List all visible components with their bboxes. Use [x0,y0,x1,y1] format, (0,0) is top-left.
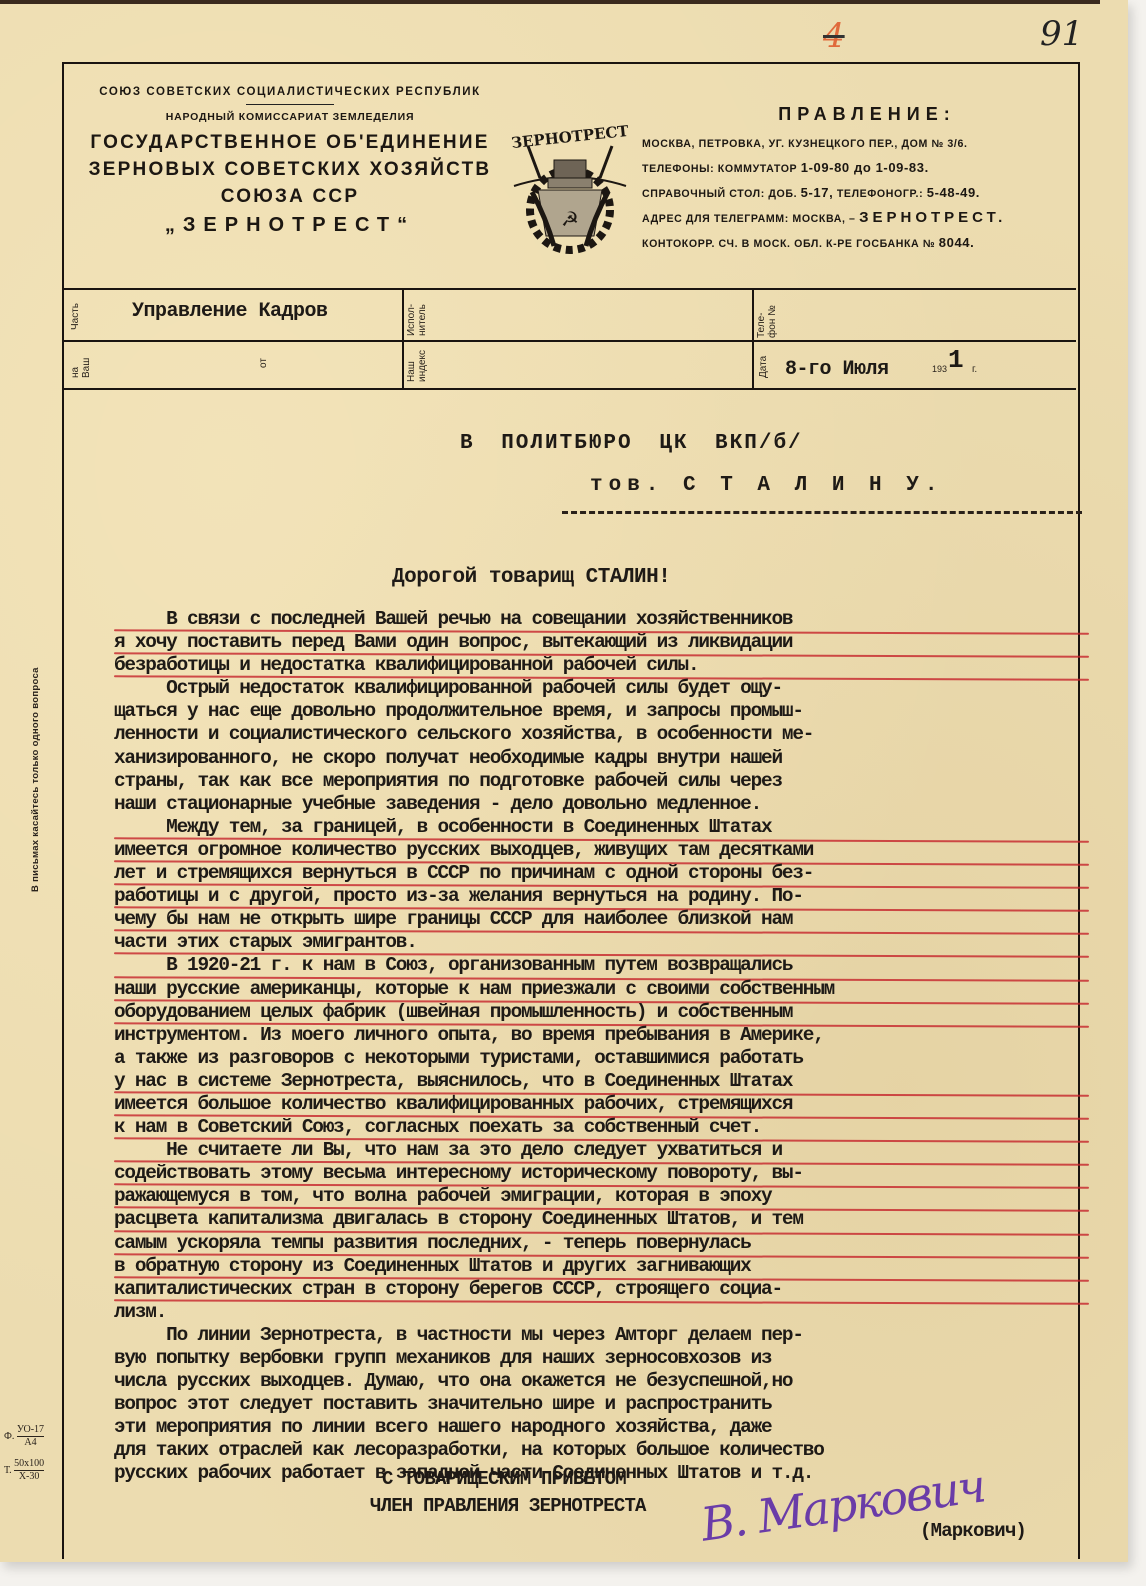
letter-line: содействовать этому весьма интересному и… [114,1162,1089,1185]
letter-line: вую попытку вербовки групп механиков для… [114,1347,1089,1370]
label-part: Часть [70,303,81,330]
label-your-ref: на Ваш [70,358,92,378]
org-line-3: СОЮЗА ССР [70,183,510,210]
letter-line: ханизированного, не скоро получат необхо… [114,747,1089,770]
label-executor: Испол- нитель [406,304,428,336]
letter-line: наши русские американцы, которые к нам п… [114,978,1089,1001]
letterhead-left: СОЮЗ СОВЕТСКИХ СОЦИАЛИСТИЧЕСКИХ РЕСПУБЛИ… [70,86,510,240]
board-title: ПРАВЛЕНИЕ: [662,104,1072,125]
letter-line: Не считаете ли Вы, что нам за это дело с… [114,1139,1089,1162]
telegram-line: АДРЕС ДЛЯ ТЕЛЕГРАММ: МОСКВА, – ЗЕРНОТРЕС… [642,206,1072,231]
signatory-name: (Маркович) [920,1520,1026,1542]
phones-label: ТЕЛЕФОНЫ: КОММУТАТОР [642,163,797,175]
letter-line: у нас в системе Зернотреста, выяснилось,… [114,1070,1089,1093]
year-prefix: 193 [932,364,947,374]
address-line: МОСКВА, ПЕТРОВКА, УГ. КУЗНЕЦКОГО ПЕР., Д… [642,133,1072,156]
form-code-f-top: УО-17 [17,1424,44,1437]
letter-line: лет и стремящихся вернуться в СССР по пр… [114,862,1089,885]
phones-line: ТЕЛЕФОНЫ: КОММУТАТОР 1-09-80 до 1-09-83. [642,156,1072,181]
letter-line: Между тем, за границей, в особенности в … [114,816,1089,839]
letter-line: чему бы нам не открыть шире границы СССР… [114,908,1089,931]
form-code-f-fraction: УО-17 А4 [17,1424,44,1449]
telegram-label: АДРЕС ДЛЯ ТЕЛЕГРАММ: МОСКВА, – [642,213,856,225]
margin-instruction: В письмах касайтесь только одного вопрос… [30,667,41,892]
letterhead-right: ПРАВЛЕНИЕ: МОСКВА, ПЕТРОВКА, УГ. КУЗНЕЦК… [642,104,1072,256]
letter-line: лизм. [114,1301,1089,1324]
commissariat-line: НАРОДНЫЙ КОМИССАРИАТ ЗЕМЛЕДЕЛИЯ [70,111,510,123]
zernotrest-emblem-icon: ЗЕРНОТРЕСТ ☭ [510,118,630,256]
org-name: „ЗЕРНОТРЕСТ“ [70,210,510,240]
letter-line: оборудованием целых фабрик (швейная пром… [114,1001,1089,1024]
closing-greeting: С ТОВАРИЩЕСКИМ ПРИВЕТОМ [370,1466,646,1493]
letter-line: инструментом. Из моего личного опыта, во… [114,1024,1089,1047]
date-value: 8-го Июля [785,358,889,381]
addressee-line-2: тов. С Т А Л И Н У. [590,474,943,497]
salutation: Дорогой товарищ СТАЛИН! [392,566,670,589]
account-value: 8044. [939,235,975,250]
column-divider [752,342,754,388]
document-page: 4 91 СОЮЗ СОВЕТСКИХ СОЦИАЛИСТИЧЕСКИХ РЕС… [0,0,1128,1562]
form-code-t-top: 50x100 [14,1458,44,1471]
letter-line: части этих старых эмигрантов. [114,931,1089,954]
phones-value: 1-09-80 до 1-09-83. [801,160,929,175]
label-our-index: Наш индекс [406,350,428,382]
letter-line: вопрос этот следует поставить значительн… [114,1393,1089,1416]
letter-line: для таких отраслей как лесоразработки, н… [114,1439,1089,1462]
column-divider [402,290,404,342]
closing-block: С ТОВАРИЩЕСКИМ ПРИВЕТОМ ЧЛЕН ПРАВЛЕНИЯ З… [370,1466,646,1520]
form-code-t-prefix: Т. [4,1465,12,1476]
letter-line: ражающемуся в том, что волна рабочей эми… [114,1185,1089,1208]
letter-line: По линии Зернотреста, в частности мы чер… [114,1324,1089,1347]
letter-body: В связи с последней Вашей речью на совещ… [114,608,1089,1486]
info-label: СПРАВОЧНЫЙ СТОЛ: ДОБ. [642,188,797,200]
letter-line: к нам в Советский Союз, согласных поехат… [114,1116,1089,1139]
archive-page-number: 91 [1040,14,1083,54]
account-label: КОНТОКОРР. СЧ. В МОСК. ОБЛ. К-РЕ ГОСБАНК… [642,238,935,250]
info-ext: 5-17, [801,185,834,200]
org-line-1: ГОСУДАРСТВЕННОЕ ОБ'ЕДИНЕНИЕ [70,129,510,156]
label-date: Дата [758,356,769,378]
archive-red-number: 4 [823,16,845,56]
letter-line: имеется огромное количество русских выхо… [114,839,1089,862]
letter-line: ленности и социалистического сельского х… [114,723,1089,746]
column-divider [402,342,404,388]
form-code-t: Т. 50x100 X-30 [4,1458,44,1483]
column-divider [752,290,754,342]
form-row-2: на Ваш от Наш индекс Дата 8-го Июля 193 … [62,340,1076,390]
form-code-f: Ф. УО-17 А4 [4,1424,44,1449]
letter-line: наши стационарные учебные заведения - де… [114,793,1089,816]
info-desk-line: СПРАВОЧНЫЙ СТОЛ: ДОБ. 5-17, ТЕЛЕФОНОГР.:… [642,181,1072,206]
form-code-f-bottom: А4 [17,1437,44,1449]
letter-line: в обратную сторону из Соединенных Штатов… [114,1255,1089,1278]
letter-line: В связи с последней Вашей речью на совещ… [114,608,1089,631]
letter-line: щаться у нас еще довольно продолжительно… [114,700,1089,723]
letter-line: имеется большое количество квалифицирова… [114,1093,1089,1116]
addressee-underline [562,511,1082,514]
telegram-value: ЗЕРНОТРЕСТ. [859,209,1006,226]
label-from: от [258,358,269,368]
page-top-edge [0,0,1100,4]
letter-line: я хочу поставить перед Вами один вопрос,… [114,631,1089,654]
letter-line: страны, так как все мероприятия по подго… [114,770,1089,793]
letter-line: числа русских выходцев. Думаю, что она о… [114,1370,1089,1393]
year-digit: 1 [948,345,964,375]
form-row-1: Часть Управление Кадров Испол- нитель Те… [62,288,1076,342]
letter-line: капиталистических стран в сторону берего… [114,1278,1089,1301]
letter-line: безработицы и недостатка квалифицированн… [114,654,1089,677]
letter-line: самым ускоряла темпы развития последних,… [114,1232,1089,1255]
letter-line: расцвета капитализма двигалась в сторону… [114,1208,1089,1231]
letter-line: работицы и с другой, просто из-за желани… [114,885,1089,908]
year-suffix: г. [972,364,977,375]
telephonogram-label: ТЕЛЕФОНОГР.: [837,188,923,200]
org-line-2: ЗЕРНОВЫХ СОВЕТСКИХ ХОЗЯЙСТВ [70,156,510,183]
form-code-t-fraction: 50x100 X-30 [14,1458,44,1483]
letter-line: а также из разговоров с некоторыми турис… [114,1047,1089,1070]
account-line: КОНТОКОРР. СЧ. В МОСК. ОБЛ. К-РЕ ГОСБАНК… [642,231,1072,256]
closing-title: ЧЛЕН ПРАВЛЕНИЯ ЗЕРНОТРЕСТА [370,1493,646,1520]
svg-text:☭: ☭ [561,209,579,231]
addressee-line-1: В ПОЛИТБЮРО ЦК ВКП/б/ [460,432,803,455]
letter-line: В 1920-21 г. к нам в Союз, организованны… [114,954,1089,977]
letter-line: Острый недостаток квалифицированной рабо… [114,677,1089,700]
part-value: Управление Кадров [132,300,328,323]
divider [246,104,334,105]
form-code-t-bottom: X-30 [14,1471,44,1483]
ussr-line: СОЮЗ СОВЕТСКИХ СОЦИАЛИСТИЧЕСКИХ РЕСПУБЛИ… [70,86,510,98]
label-phone: Теле- фон № [756,305,778,338]
telephonogram-value: 5-48-49. [927,185,980,200]
letter-line: эти мероприятия по линии всего нашего на… [114,1416,1089,1439]
form-code-f-prefix: Ф. [4,1431,14,1442]
